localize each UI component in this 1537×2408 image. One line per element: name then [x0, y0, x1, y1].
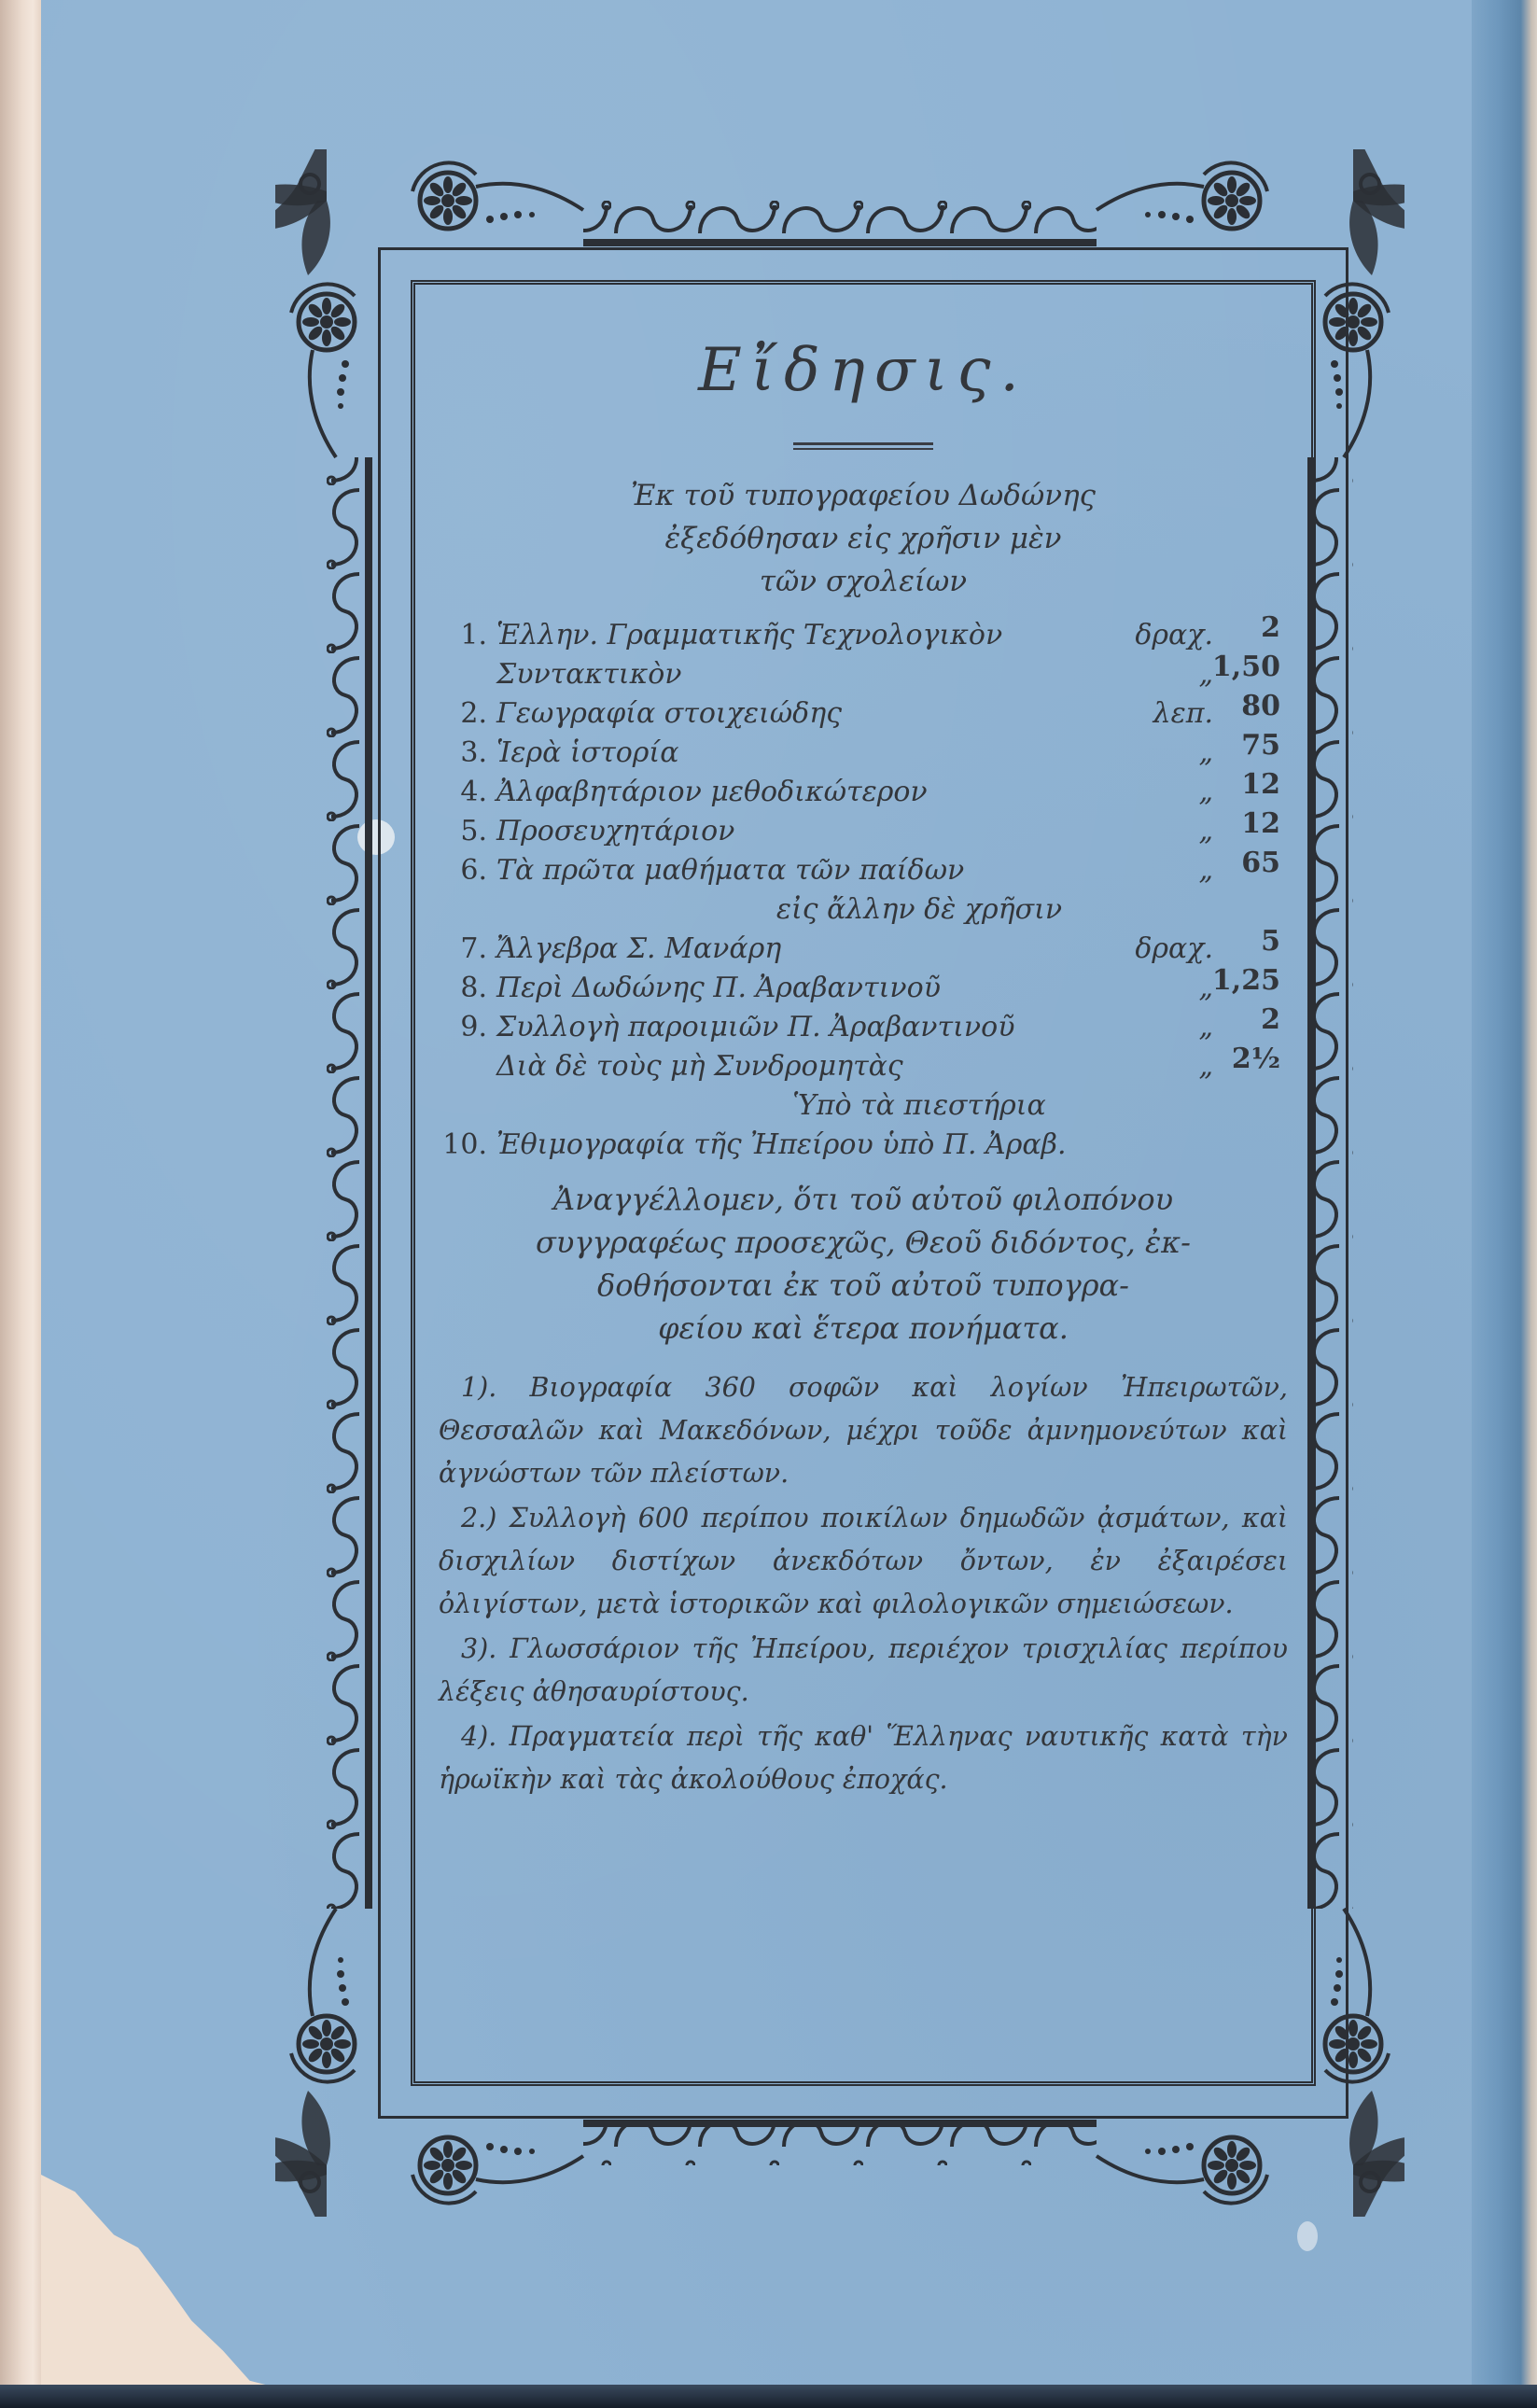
item-number: 9.: [439, 1008, 487, 1047]
book-title: Διὰ δὲ τοὺς μὴ Συνδρομητὰς: [496, 1047, 903, 1086]
price-unit: „: [1198, 969, 1213, 1008]
price-unit: „: [1198, 812, 1213, 851]
page-title: Εἴδησις.: [439, 336, 1288, 420]
forthcoming-work: 1). Βιογραφία 360 σοφῶν καὶ λογίων Ἠπειρ…: [439, 1366, 1288, 1495]
item-number: 7.: [439, 930, 487, 969]
title-divider: [793, 442, 933, 450]
price-value: 12: [1241, 805, 1280, 844]
book-title: Περὶ Δωδώνης Π. Ἀραβαντινοῦ: [496, 969, 941, 1008]
announcement-line: Ἀναγγέλλομεν, ὅτι τοῦ αὐτοῦ φιλοπόνου: [439, 1178, 1288, 1221]
price-value: 80: [1241, 687, 1280, 726]
price-value: 1,50: [1212, 648, 1280, 687]
book-row: 4.Ἀλφαβητάριον μεθοδικώτερον „12: [439, 773, 1288, 812]
section-subheading: Ὑπὸ τὰ πιεστήρια: [439, 1086, 1288, 1126]
paper-damage-spot: [1297, 2221, 1318, 2251]
price-unit: „: [1198, 773, 1213, 812]
item-number: 1.: [439, 616, 487, 655]
book-title: Τὰ πρῶτα μαθήματα τῶν παίδων: [496, 851, 964, 890]
price-unit: „: [1198, 655, 1213, 694]
price-value: 5: [1261, 922, 1280, 961]
intro-text: Ἐκ τοῦ τυπογραφείου Δωδώνης ἐξεδόθησαν ε…: [439, 474, 1288, 603]
item-number: 8.: [439, 969, 487, 1008]
book-title: Γεωγραφία στοιχειώδης: [496, 694, 842, 734]
book-title: Προσευχητάριον: [496, 812, 734, 851]
price-value: 2: [1261, 609, 1280, 648]
price-value: 12: [1241, 765, 1280, 805]
price-value: 75: [1241, 726, 1280, 765]
forthcoming-work: 3). Γλωσσάριον τῆς Ἠπείρου, περιέχον τρι…: [439, 1628, 1288, 1714]
book-title: Ἱερὰ ἱστορία: [496, 734, 678, 773]
price-value: 65: [1241, 844, 1280, 883]
forthcoming-work: 4). Πραγματεία περὶ τῆς καθ' Ἕλληνας ναυ…: [439, 1715, 1288, 1801]
book-title: Ἐθιμογραφία τῆς Ἠπείρου ὑπὸ Π. Ἀραβ.: [496, 1126, 1067, 1165]
section-subheading: εἰς ἄλλην δὲ χρῆσιν: [439, 890, 1288, 930]
page-right-edge: [1472, 0, 1537, 2389]
announcement-line: δοθήσονται ἐκ τοῦ αὐτοῦ τυπογρα-: [439, 1264, 1288, 1307]
book-title: Ἑλλην. Γραμματικῆς Τεχνολογικὸν: [496, 616, 1002, 655]
book-title: Ἄλγεβρα Σ. Μανάρη: [496, 930, 781, 969]
announcement: Ἀναγγέλλομεν, ὅτι τοῦ αὐτοῦ φιλοπόνου συ…: [439, 1178, 1288, 1350]
price-value: 2: [1261, 1001, 1280, 1040]
book-row: 2.Γεωγραφία στοιχειώδης λεπ.80: [439, 694, 1288, 734]
price-unit: „: [1198, 1047, 1213, 1086]
book-row: 8.Περὶ Δωδώνης Π. Ἀραβαντινοῦ „1,25: [439, 969, 1288, 1008]
item-number: 3.: [439, 734, 487, 773]
item-number: 4.: [439, 773, 487, 812]
intro-line: Ἐκ τοῦ τυπογραφείου Δωδώνης: [439, 474, 1288, 517]
book-row: 5.Προσευχητάριον „12: [439, 812, 1288, 851]
book-row: 7.Ἄλγεβρα Σ. Μανάρη δραχ.5: [439, 930, 1288, 969]
item-number: 2.: [439, 694, 487, 734]
book-row: 1.Ἑλλην. Γραμματικῆς Τεχνολογικὸν δραχ.2: [439, 616, 1288, 655]
price-value: 1,25: [1212, 961, 1280, 1001]
forthcoming-work: 2.) Συλλογὴ 600 περίπου ποικίλων δημωδῶν…: [439, 1497, 1288, 1626]
book-row: 9.Συλλογὴ παροιμιῶν Π. Ἀραβαντινοῦ „2: [439, 1008, 1288, 1047]
item-number: 5.: [439, 812, 487, 851]
book-price-list: 1.Ἑλλην. Γραμματικῆς Τεχνολογικὸν δραχ.2…: [439, 616, 1288, 1165]
item-number: 10.: [439, 1126, 487, 1165]
book-title: Συντακτικὸν: [496, 655, 682, 694]
book-title: Συλλογὴ παροιμιῶν Π. Ἀραβαντινοῦ: [496, 1008, 1014, 1047]
book-binding-edge: [0, 0, 41, 2389]
price-unit: „: [1198, 851, 1213, 890]
price-unit: „: [1198, 734, 1213, 773]
book-row: Διὰ δὲ τοὺς μὴ Συνδρομητὰς „2½: [439, 1047, 1288, 1086]
book-row: 3.Ἱερὰ ἱστορία „75: [439, 734, 1288, 773]
price-unit: „: [1198, 1008, 1213, 1047]
price-unit: δραχ.: [1135, 616, 1213, 655]
price-unit: λεπ.: [1153, 694, 1213, 734]
announcement-line: φείου καὶ ἕτερα πονήματα.: [439, 1307, 1288, 1350]
subheading-text: εἰς ἄλλην δὲ χρῆσιν: [776, 890, 1062, 930]
book-row: Συντακτικὸν „1,50: [439, 655, 1288, 694]
intro-line: τῶν σχολείων: [439, 560, 1288, 603]
intro-line: ἐξεδόθησαν εἰς χρῆσιν μὲν: [439, 517, 1288, 560]
price-unit: δραχ.: [1135, 930, 1213, 969]
announcement-line: συγγραφέως προσεχῶς, Θεοῦ διδόντος, ἐκ-: [439, 1221, 1288, 1264]
book-row: 10.Ἐθιμογραφία τῆς Ἠπείρου ὑπὸ Π. Ἀραβ.: [439, 1126, 1288, 1165]
scan-bottom-edge: [0, 2385, 1537, 2408]
price-value: 2½: [1232, 1040, 1280, 1079]
forthcoming-works-list: 1). Βιογραφία 360 σοφῶν καὶ λογίων Ἠπειρ…: [439, 1366, 1288, 1801]
book-title: Ἀλφαβητάριον μεθοδικώτερον: [496, 773, 928, 812]
subheading-text: Ὑπὸ τὰ πιεστήρια: [792, 1086, 1046, 1126]
book-row: 6.Τὰ πρῶτα μαθήματα τῶν παίδων „65: [439, 851, 1288, 890]
notice-content: Εἴδησις. Ἐκ τοῦ τυπογραφείου Δωδώνης ἐξε…: [439, 317, 1288, 1803]
item-number: 6.: [439, 851, 487, 890]
